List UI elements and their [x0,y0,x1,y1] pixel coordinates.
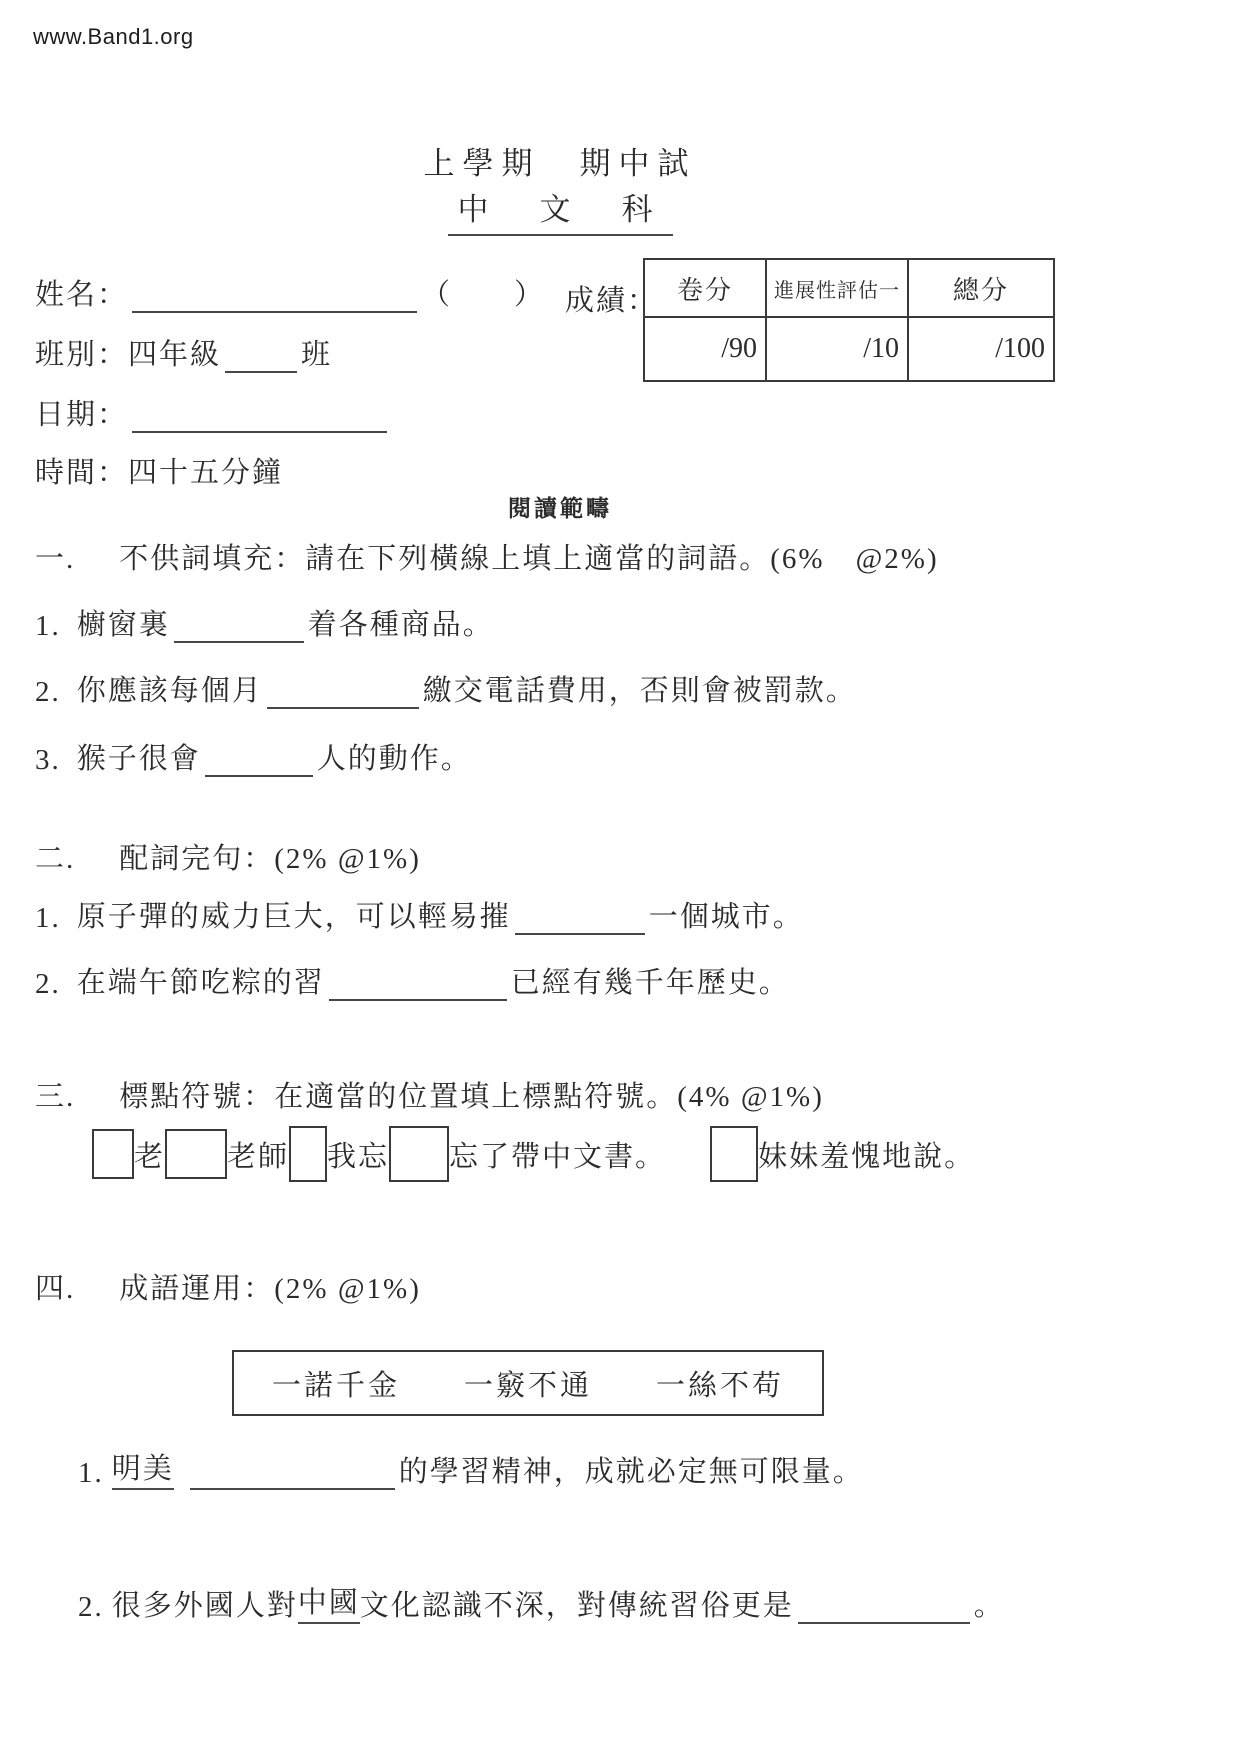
question-number: 1. [35,610,61,643]
score-val-total: /100 [908,317,1054,381]
answer-blank [515,927,645,935]
watermark: www.Band1.org [33,24,194,50]
score-table-header-row: 卷分 進展性評估一 總分 [644,259,1054,317]
punctuation-box [289,1126,327,1182]
section-one-title: 不供詞填充：請在下列橫線上填上適當的詞語。(6% @2%) [119,536,938,577]
question-text: 很多外國人對 [112,1583,298,1624]
section-two-title: 配詞完句：(2% @1%) [119,836,421,877]
question-text: 着各種商品。 [308,602,494,643]
question-row: 1. 明美 的學習精神，成就必定無可限量。 [78,1446,864,1490]
answer-blank [798,1616,970,1624]
section-two-heading: 二. 配詞完句：(2% @1%) [35,836,421,877]
section-four-number: 四. [35,1266,75,1307]
question-row: 3. 猴子很會 人的動作。 [35,736,472,777]
class-suffix: 班 [301,332,332,373]
score-val-assessment: /10 [766,317,908,381]
class-grade: 四年級 [128,332,221,373]
question-text: 在端午節吃粽的習 [77,960,325,1001]
domain-heading-row: 閱讀範疇 [0,490,1120,523]
question-number: 2. [35,676,61,709]
domain-heading: 閱讀範疇 [508,496,612,521]
score-val-paper: /90 [644,317,766,381]
question-text: 一個城市。 [649,894,804,935]
name-label: 姓名： [35,272,128,313]
score-col-paper: 卷分 [644,259,766,317]
underlined-name: 明美 [112,1446,174,1490]
date-label: 日期： [35,392,128,433]
answer-blank [174,635,304,643]
question-text: 人的動作。 [317,736,472,777]
question-text: 櫥窗裏 [77,602,170,643]
time-row: 時間： 四十五分鐘 [35,450,283,491]
answer-blank [329,993,507,1001]
punctuation-segment: 我忘 [327,1134,389,1175]
punctuation-box [165,1129,227,1179]
subject-title: 中 文 科 [448,184,673,236]
idiom-options-box: 一諾千金 一竅不通 一絲不苟 [232,1350,824,1416]
question-row: 1. 原子彈的威力巨大，可以輕易摧 一個城市。 [35,894,804,935]
section-one-heading: 一. 不供詞填充：請在下列橫線上填上適當的詞語。(6% @2%) [35,536,939,577]
answer-blank [205,769,313,777]
section-three-heading: 三. 標點符號：在適當的位置填上標點符號。(4% @1%) [35,1074,824,1115]
punctuation-segment: 忘了帶中文書。 [449,1134,666,1175]
question-row: 2. 你應該每個月 繳交電話費用，否則會被罰款。 [35,668,857,709]
question-text: 的學習精神，成就必定無可限量。 [399,1449,864,1490]
section-one-number: 一. [35,536,75,577]
section-three-number: 三. [35,1074,75,1115]
answer-blank [190,1482,395,1490]
section-two-number: 二. [35,836,75,877]
time-value: 四十五分鐘 [128,450,283,491]
question-number: 1. [35,902,61,935]
section-four-title: 成語運用：(2% @1%) [119,1266,421,1307]
punctuation-line: 老 老師 我忘 忘了帶中文書。 妹妹羞愧地說。 [92,1126,975,1182]
underlined-word: 中國 [298,1580,360,1624]
score-table-value-row: /90 /10 /100 [644,317,1054,381]
question-text: 原子彈的威力巨大，可以輕易摧 [77,894,511,935]
time-label: 時間： [35,450,128,491]
exam-title: 上學期 期中試 [424,146,697,181]
name-blank [132,305,417,313]
class-blank [225,365,297,373]
class-label: 班別： [35,332,128,373]
idiom-options: 一諾千金 一竅不通 一絲不苟 [272,1363,784,1404]
punctuation-box [92,1129,134,1179]
punctuation-box [389,1126,449,1182]
score-col-assessment: 進展性評估一 [766,259,908,317]
punctuation-segment: 老師 [227,1134,289,1175]
question-text: 猴子很會 [77,736,201,777]
punctuation-segment: 老 [134,1134,165,1175]
question-number: 1. [78,1457,104,1490]
answer-blank [267,701,419,709]
name-row: 姓名： （ ） [35,272,545,313]
class-number-paren: （ ） [421,272,545,313]
question-number: 2. [35,968,61,1001]
class-row: 班別： 四年級 班 [35,332,332,373]
question-text: 繳交電話費用，否則會被罰款。 [423,668,857,709]
exam-title-row: 上學期 期中試 [0,138,1120,183]
punctuation-segment: 妹妹羞愧地說。 [758,1134,975,1175]
section-four-heading: 四. 成語運用：(2% @1%) [35,1266,421,1307]
date-row: 日期： [35,392,391,433]
question-row: 2. 在端午節吃粽的習 已經有幾千年歷史。 [35,960,790,1001]
question-row: 2. 很多外國人對 中國 文化認識不深，對傳統習俗更是 。 [78,1580,1005,1624]
date-blank [132,425,387,433]
exam-page: www.Band1.org 上學期 期中試 中 文 科 姓名： （ ） 班別： … [0,0,1240,1754]
question-text: 。 [974,1583,1005,1624]
punctuation-box [710,1126,758,1182]
subject-title-row: 中 文 科 [0,184,1120,236]
section-three-title: 標點符號：在適當的位置填上標點符號。(4% @1%) [119,1074,824,1115]
question-text: 已經有幾千年歷史。 [511,960,790,1001]
score-table: 卷分 進展性評估一 總分 /90 /10 /100 [643,258,1055,382]
question-row: 1. 櫥窗裏 着各種商品。 [35,602,494,643]
question-text: 你應該每個月 [77,668,263,709]
score-col-total: 總分 [908,259,1054,317]
question-text: 文化認識不深，對傳統習俗更是 [360,1583,794,1624]
question-number: 2. [78,1591,104,1624]
question-number: 3. [35,744,61,777]
